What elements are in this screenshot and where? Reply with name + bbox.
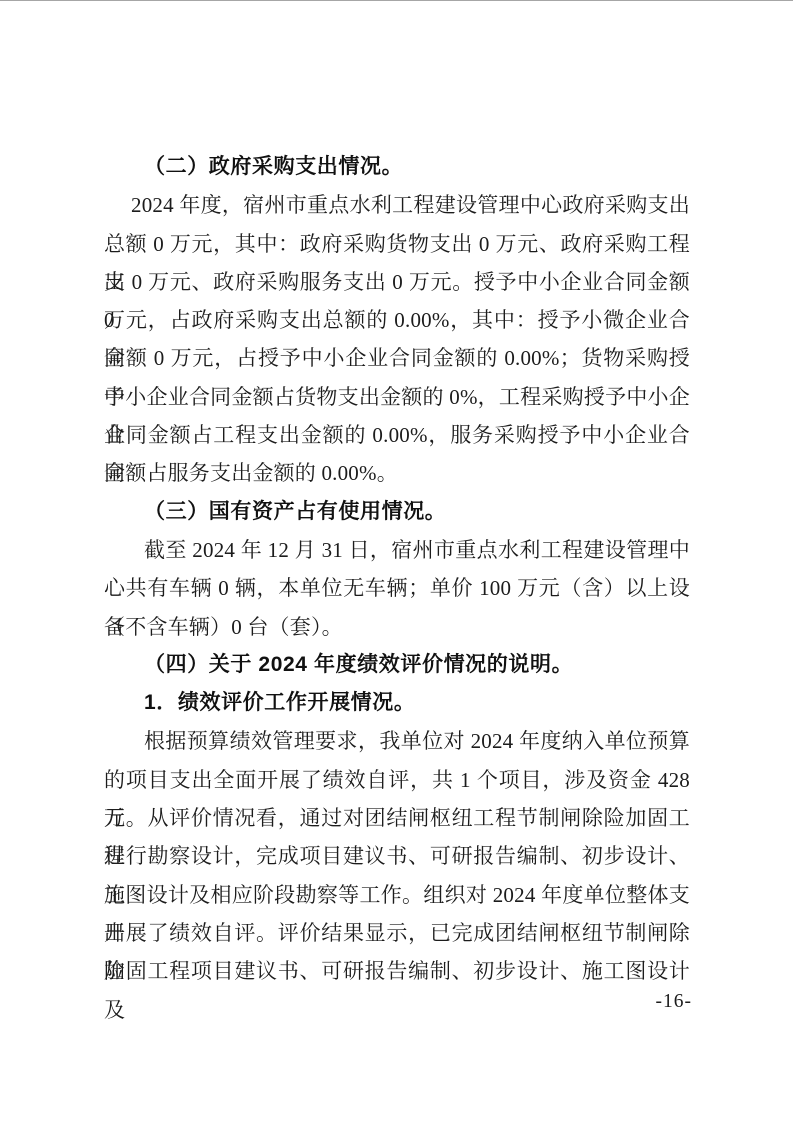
paragraph-line: 万元，占政府采购支出总额的 0.00%，其中：授予小微企业合同 <box>104 301 690 339</box>
page-top-edge <box>0 0 793 1</box>
paragraph-line: 截至 2024 年 12 月 31 日，宿州市重点水利工程建设管理中 <box>104 531 690 569</box>
paragraph-line: 中小企业合同金额占货物支出金额的 0%，工程采购授予中小企业 <box>104 378 690 416</box>
paragraph-line: 进行勘察设计，完成项目建议书、可研报告编制、初步设计、施 <box>104 837 690 875</box>
subsection-heading-performance-work: 1．绩效评价工作开展情况。 <box>104 684 690 722</box>
paragraph-line: 心共有车辆 0 辆，本单位无车辆；单价 100 万元（含）以上设备 <box>104 569 690 607</box>
paragraph-line: 金额占服务支出金额的 0.00%。 <box>104 454 690 492</box>
document-body: （二）政府采购支出情况。 2024 年度，宿州市重点水利工程建设管理中心政府采购… <box>104 148 690 991</box>
paragraph-line: （不含车辆）0 台（套）。 <box>104 608 690 646</box>
paragraph-line: 工图设计及相应阶段勘察等工作。组织对 2024 年度单位整体支出 <box>104 876 690 914</box>
paragraph-line: 总额 0 万元，其中：政府采购货物支出 0 万元、政府采购工程支 <box>104 225 690 263</box>
page-number: -16- <box>656 991 693 1013</box>
section-heading-procurement: （二）政府采购支出情况。 <box>104 148 690 186</box>
paragraph-line: 元。从评价情况看，通过对团结闸枢纽工程节制闸除险加固工程 <box>104 799 690 837</box>
paragraph-line: 加固工程项目建议书、可研报告编制、初步设计、施工图设计及 <box>104 952 690 990</box>
section-heading-performance: （四）关于 2024 年度绩效评价情况的说明。 <box>104 646 690 684</box>
paragraph-line: 的项目支出全面开展了绩效自评，共 1 个项目，涉及资金 428 万 <box>104 761 690 799</box>
paragraph-line: 出 0 万元、政府采购服务支出 0 万元。授予中小企业合同金额 0 <box>104 263 690 301</box>
paragraph-line: 合同金额占工程支出金额的 0.00%，服务采购授予中小企业合同 <box>104 416 690 454</box>
section-heading-state-assets: （三）国有资产占有使用情况。 <box>104 493 690 531</box>
paragraph-line: 开展了绩效自评。评价结果显示，已完成团结闸枢纽节制闸除险 <box>104 914 690 952</box>
paragraph-line: 金额 0 万元，占授予中小企业合同金额的 0.00%；货物采购授予 <box>104 339 690 377</box>
paragraph-line: 2024 年度，宿州市重点水利工程建设管理中心政府采购支出 <box>104 186 690 224</box>
paragraph-line: 根据预算绩效管理要求，我单位对 2024 年度纳入单位预算 <box>104 722 690 760</box>
